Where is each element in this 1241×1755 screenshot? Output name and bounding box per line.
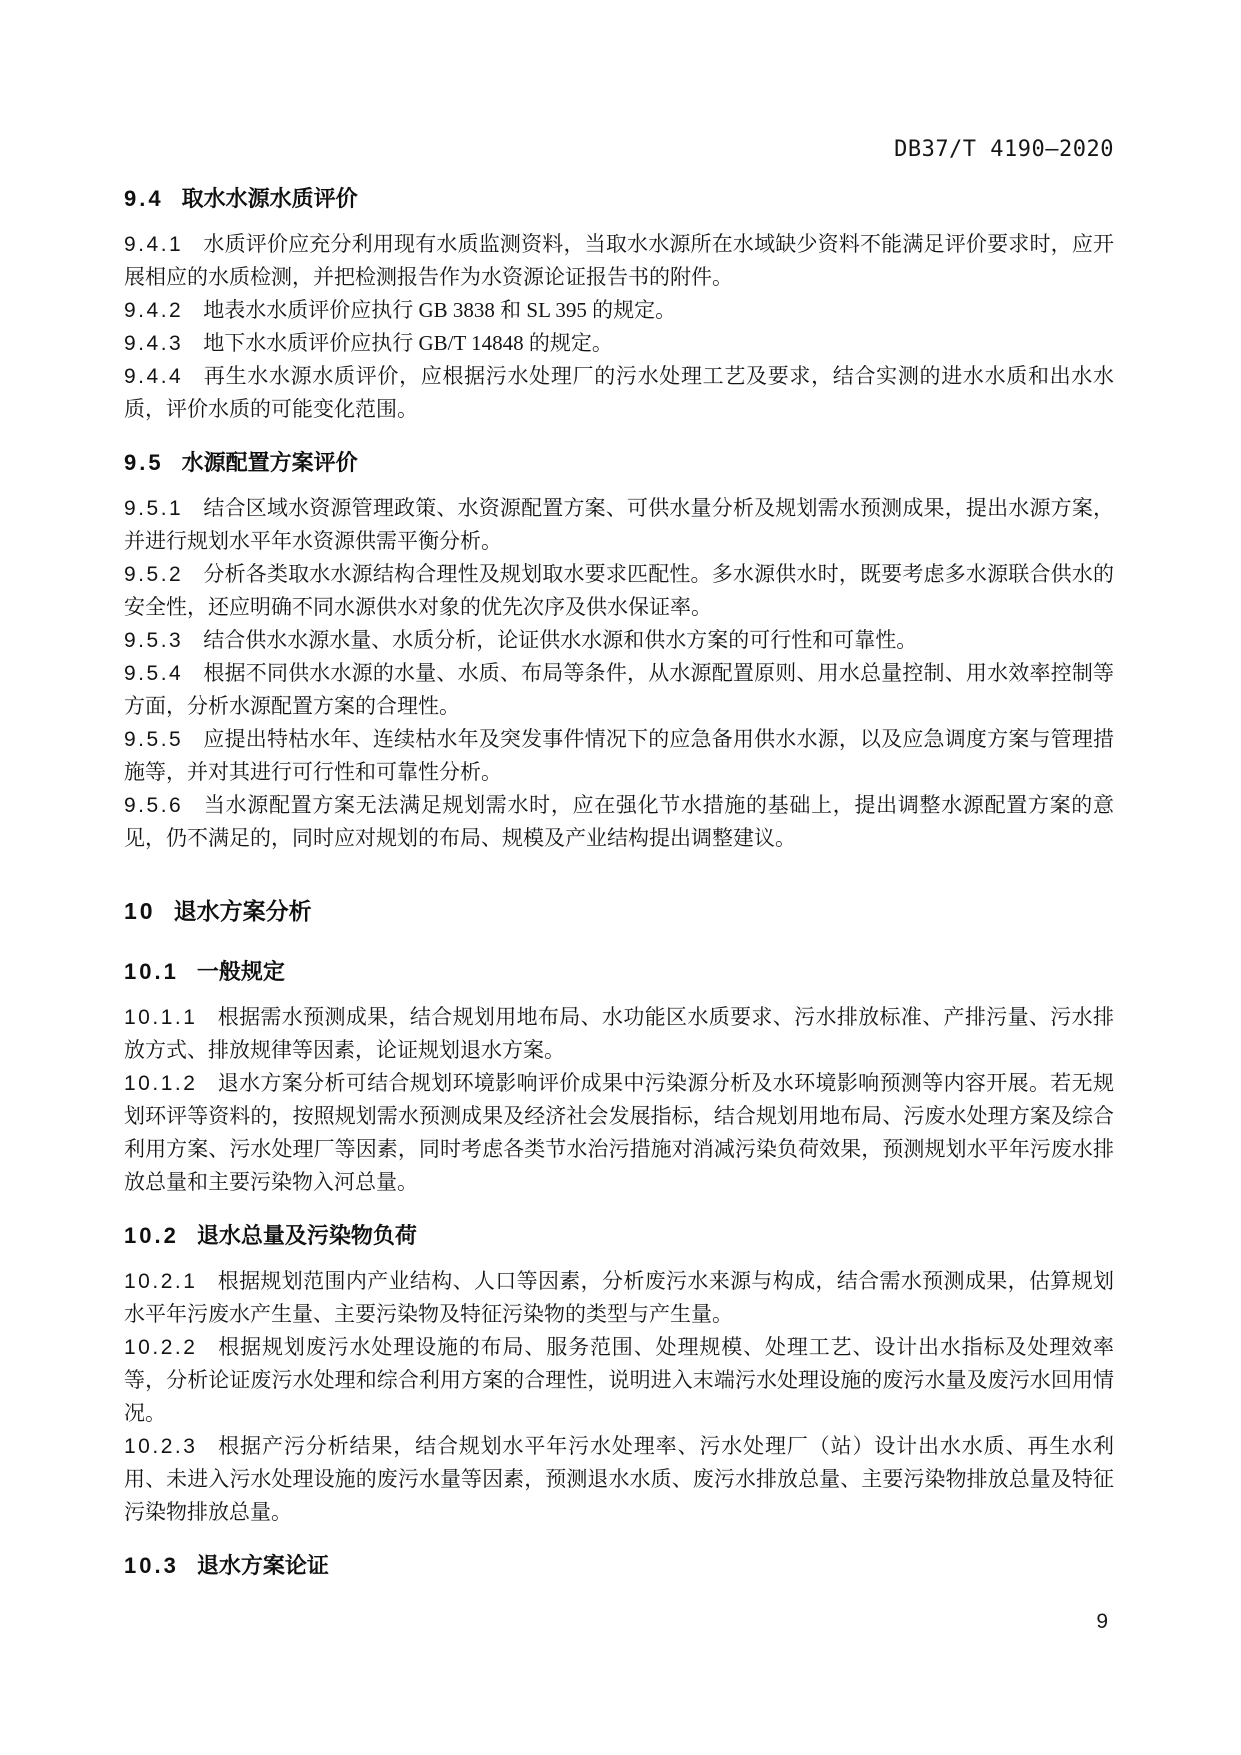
section-title: 水源配置方案评价 (182, 450, 358, 475)
clause-number: 10.2.2 (124, 1336, 197, 1359)
clause-number: 9.5.3 (124, 629, 183, 652)
section-title: 退水总量及污染物负荷 (197, 1223, 417, 1248)
clause-9-5-4: 9.5.4根据不同供水水源的水量、水质、布局等条件，从水源配置原则、用水总量控制… (124, 657, 1114, 723)
section-number: 10.3 (124, 1553, 179, 1578)
clause-number: 9.4.4 (124, 365, 183, 388)
clause-number: 10.2.1 (124, 1270, 197, 1293)
document-page: DB37/T 4190—2020 9.4取水水源水质评价 9.4.1水质评价应充… (0, 0, 1241, 1755)
clause-9-5-6: 9.5.6当水源配置方案无法满足规划需水时，应在强化节水措施的基础上，提出调整水… (124, 789, 1114, 855)
clause-9-5-1: 9.5.1结合区域水资源管理政策、水资源配置方案、可供水量分析及规划需水预测成果… (124, 492, 1114, 558)
clause-number: 9.5.5 (124, 728, 183, 751)
clause-text: 根据规划范围内产业结构、人口等因素，分析废污水来源与构成，结合需水预测成果，估算… (124, 1269, 1114, 1326)
clause-10-2-2: 10.2.2根据规划废污水处理设施的布局、服务范围、处理规模、处理工艺、设计出水… (124, 1331, 1114, 1430)
section-heading-10-3: 10.3退水方案论证 (124, 1551, 1114, 1581)
page-number: 9 (1096, 1610, 1108, 1633)
clause-number: 9.4.1 (124, 233, 183, 256)
clause-text: 根据产污分析结果，结合规划水平年污水处理率、污水处理厂（站）设计出水水质、再生水… (124, 1434, 1114, 1524)
clause-text: 当水源配置方案无法满足规划需水时，应在强化节水措施的基础上，提出调整水源配置方案… (124, 793, 1114, 850)
section-number: 10.2 (124, 1223, 179, 1248)
standard-code: DB37/T 4190—2020 (894, 137, 1114, 162)
clause-number: 9.5.6 (124, 794, 183, 817)
clause-text: 根据需水预测成果，结合规划用地布局、水功能区水质要求、污水排放标准、产排污量、污… (124, 1005, 1114, 1062)
clause-text: 结合供水水源水量、水质分析，论证供水水源和供水方案的可行性和可靠性。 (203, 628, 917, 652)
clause-number: 10.2.3 (124, 1435, 197, 1458)
chapter-title: 退水方案分析 (174, 898, 312, 924)
clause-text: 退水方案分析可结合规划环境影响评价成果中污染源分析及水环境影响预测等内容开展。若… (124, 1071, 1114, 1194)
clause-text: 水质评价应充分利用现有水质监测资料，当取水水源所在水域缺少资料不能满足评价要求时… (124, 232, 1114, 289)
clause-9-5-5: 9.5.5应提出特枯水年、连续枯水年及突发事件情况下的应急备用供水水源，以及应急… (124, 723, 1114, 789)
clause-text: 应提出特枯水年、连续枯水年及突发事件情况下的应急备用供水水源，以及应急调度方案与… (124, 727, 1114, 784)
clause-text: 根据规划废污水处理设施的布局、服务范围、处理规模、处理工艺、设计出水指标及处理效… (124, 1335, 1114, 1425)
section-title: 退水方案论证 (197, 1553, 329, 1578)
clause-9-4-2: 9.4.2地表水水质评价应执行 GB 3838 和 SL 395 的规定。 (124, 294, 1114, 327)
clause-number: 9.5.4 (124, 662, 183, 685)
section-heading-9-5: 9.5水源配置方案评价 (124, 448, 1114, 478)
clause-9-5-3: 9.5.3结合供水水源水量、水质分析，论证供水水源和供水方案的可行性和可靠性。 (124, 624, 1114, 657)
clause-text: 地下水水质评价应执行 GB/T 14848 的规定。 (203, 331, 613, 355)
clause-text: 分析各类取水水源结构合理性及规划取水要求匹配性。多水源供水时，既要考虑多水源联合… (124, 562, 1114, 619)
clause-number: 10.1.1 (124, 1006, 197, 1029)
clause-number: 9.5.1 (124, 497, 183, 520)
section-number: 9.4 (124, 186, 164, 211)
clause-text: 根据不同供水水源的水量、水质、布局等条件，从水源配置原则、用水总量控制、用水效率… (124, 661, 1114, 718)
clause-text: 结合区域水资源管理政策、水资源配置方案、可供水量分析及规划需水预测成果，提出水源… (124, 496, 1114, 553)
clause-9-5-2: 9.5.2分析各类取水水源结构合理性及规划取水要求匹配性。多水源供水时，既要考虑… (124, 558, 1114, 624)
clause-10-2-1: 10.2.1根据规划范围内产业结构、人口等因素，分析废污水来源与构成，结合需水预… (124, 1265, 1114, 1331)
clause-10-1-2: 10.1.2退水方案分析可结合规划环境影响评价成果中污染源分析及水环境影响预测等… (124, 1067, 1114, 1199)
section-number: 9.5 (124, 450, 164, 475)
clause-10-1-1: 10.1.1根据需水预测成果，结合规划用地布局、水功能区水质要求、污水排放标准、… (124, 1001, 1114, 1067)
page-footer: 9 (1096, 1610, 1108, 1634)
section-title: 取水水源水质评价 (182, 186, 358, 211)
clause-10-2-3: 10.2.3根据产污分析结果，结合规划水平年污水处理率、污水处理厂（站）设计出水… (124, 1430, 1114, 1529)
page-header: DB37/T 4190—2020 (124, 138, 1114, 162)
chapter-number: 10 (124, 898, 156, 924)
clause-number: 9.5.2 (124, 563, 183, 586)
clause-text: 地表水水质评价应执行 GB 3838 和 SL 395 的规定。 (203, 298, 676, 322)
clause-9-4-3: 9.4.3地下水水质评价应执行 GB/T 14848 的规定。 (124, 327, 1114, 360)
section-heading-10-1: 10.1一般规定 (124, 957, 1114, 987)
section-title: 一般规定 (197, 959, 285, 984)
section-number: 10.1 (124, 959, 179, 984)
document-body: 9.4取水水源水质评价 9.4.1水质评价应充分利用现有水质监测资料，当取水水源… (124, 184, 1114, 1581)
clause-number: 9.4.3 (124, 332, 183, 355)
clause-number: 9.4.2 (124, 299, 183, 322)
section-heading-9-4: 9.4取水水源水质评价 (124, 184, 1114, 214)
clause-number: 10.1.2 (124, 1072, 197, 1095)
chapter-heading-10: 10退水方案分析 (124, 895, 1114, 927)
clause-text: 再生水水源水质评价，应根据污水处理厂的污水处理工艺及要求，结合实测的进水水质和出… (124, 364, 1114, 421)
section-heading-10-2: 10.2退水总量及污染物负荷 (124, 1221, 1114, 1251)
clause-9-4-4: 9.4.4再生水水源水质评价，应根据污水处理厂的污水处理工艺及要求，结合实测的进… (124, 360, 1114, 426)
clause-9-4-1: 9.4.1水质评价应充分利用现有水质监测资料，当取水水源所在水域缺少资料不能满足… (124, 228, 1114, 294)
